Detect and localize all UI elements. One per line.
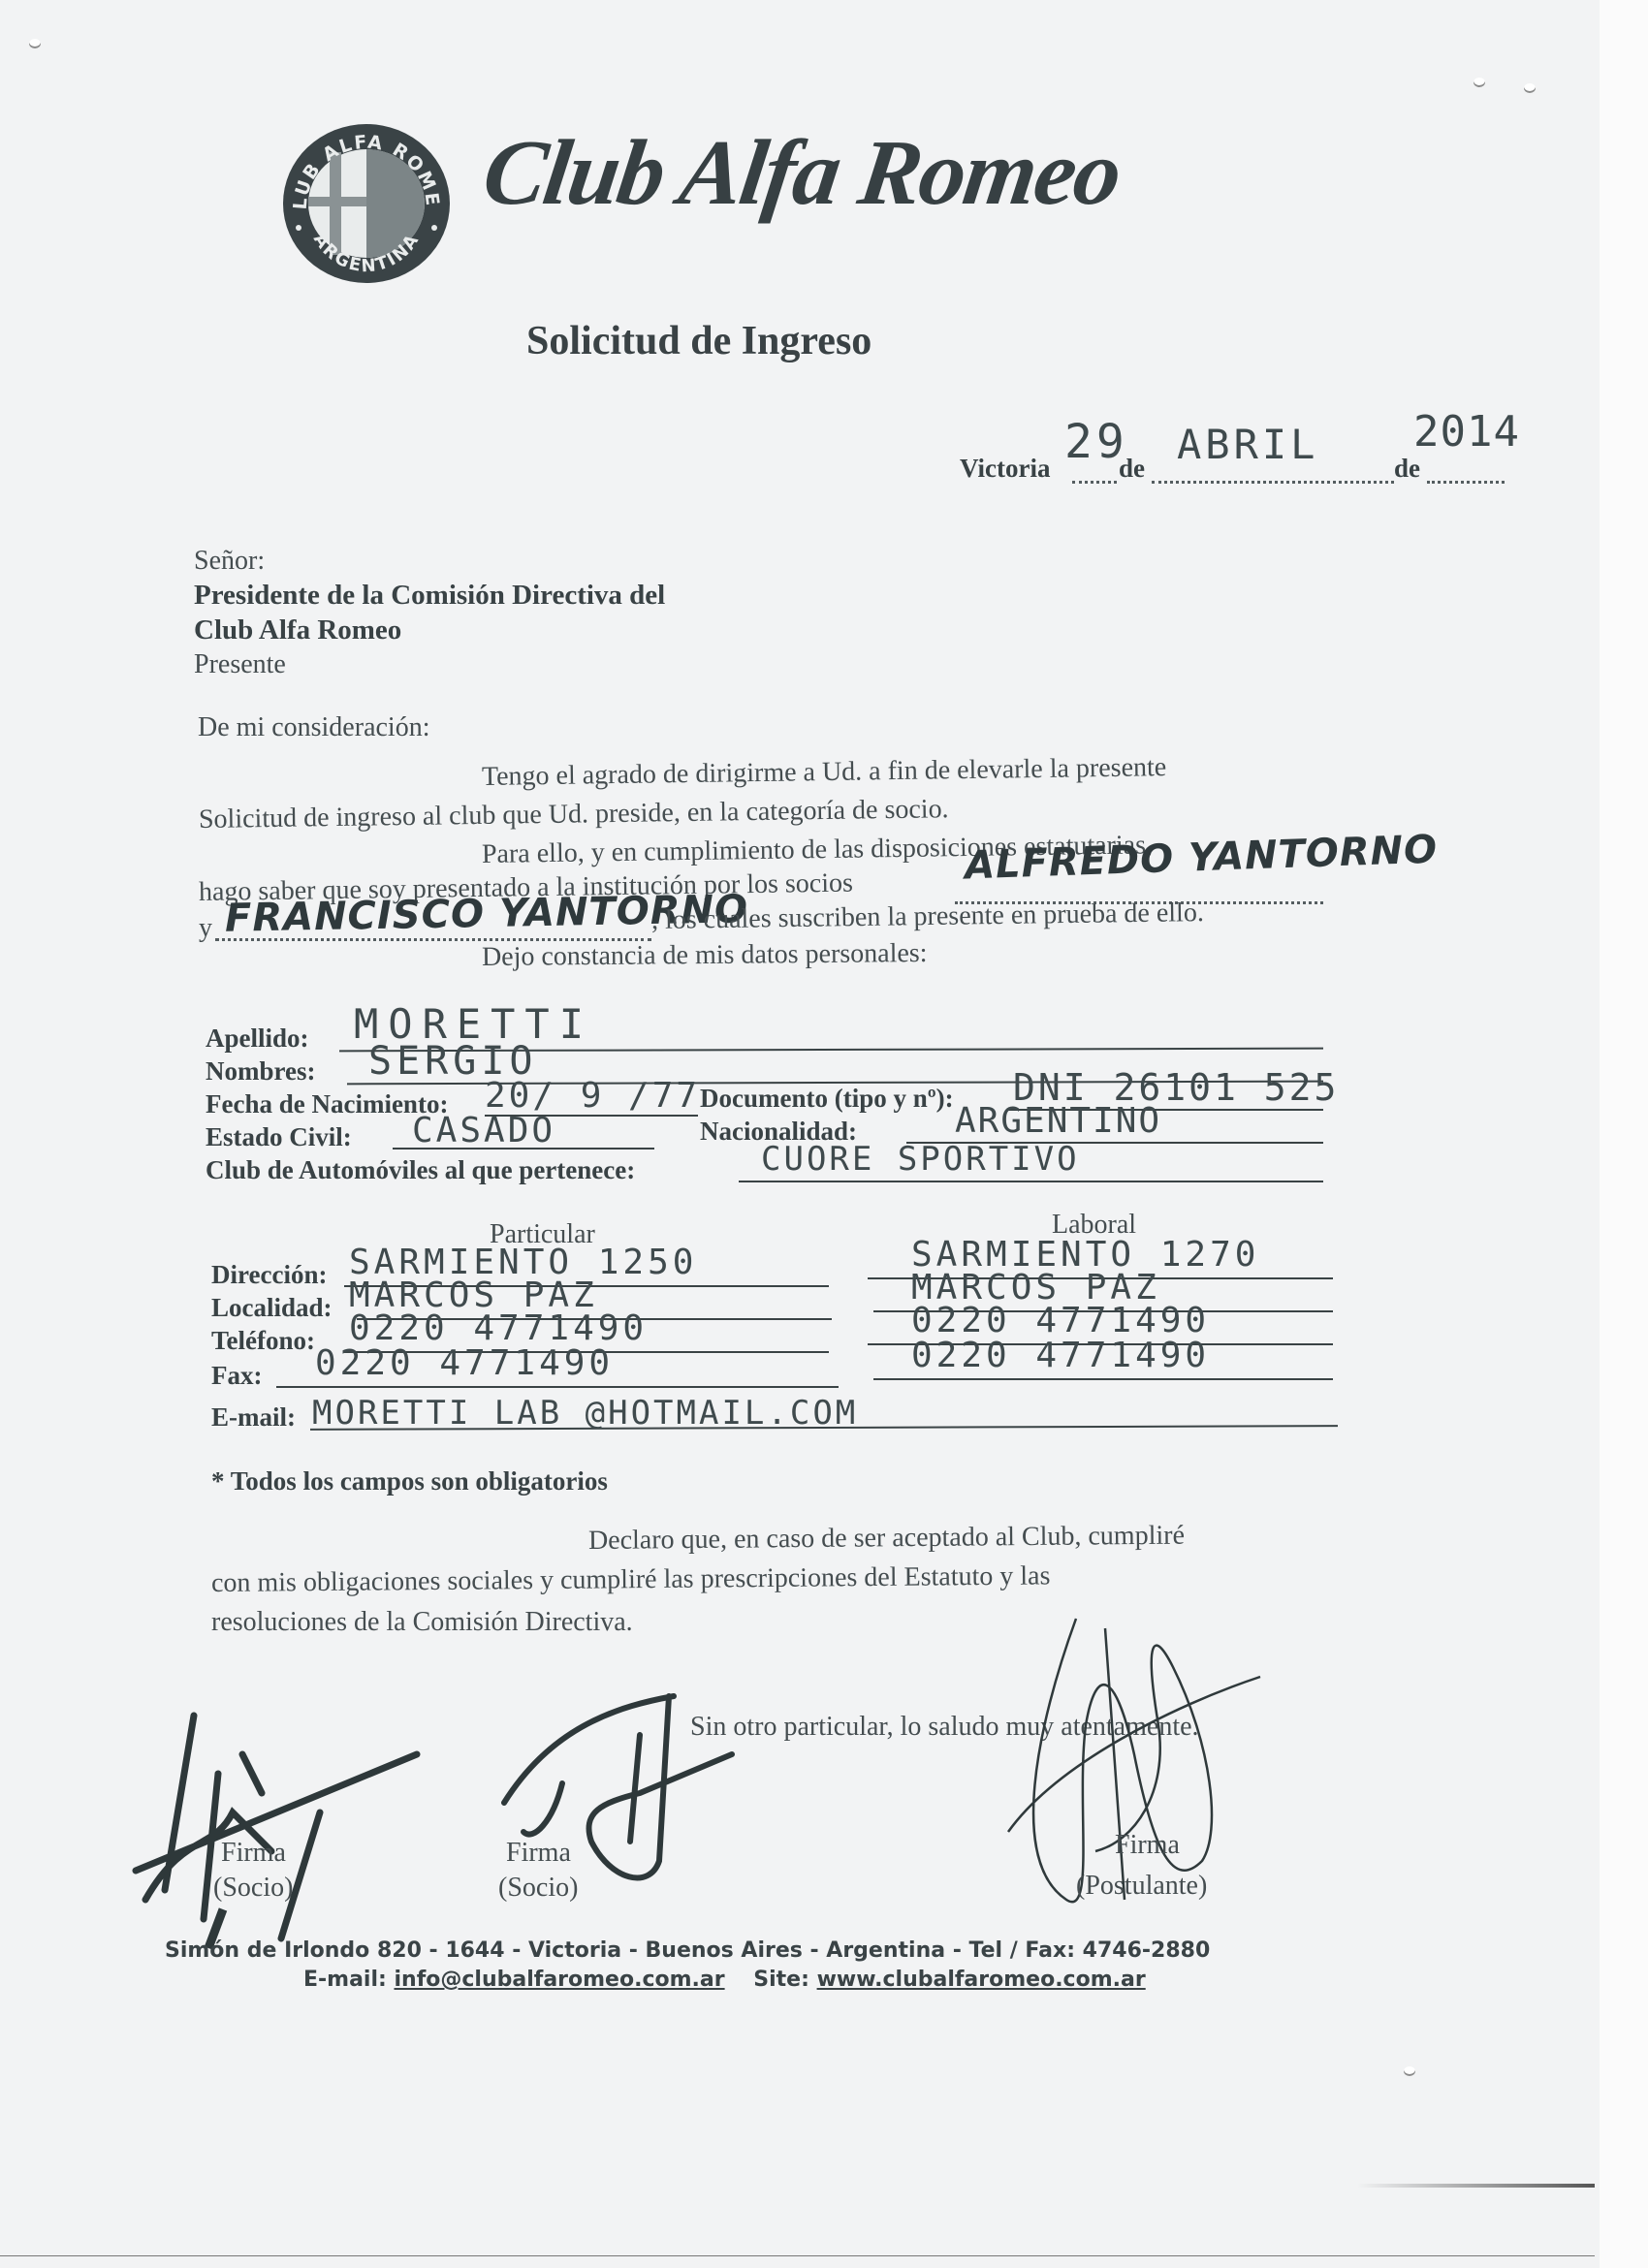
required-note: * Todos los campos son obligatorios	[211, 1466, 608, 1496]
particular-field[interactable]: 0220 4771490	[349, 1308, 648, 1348]
addressee-line-3: Presente	[194, 649, 286, 680]
footer-contact: E-mail: info@clubalfaromeo.com.ar Site: …	[303, 1968, 1146, 1992]
footer-address: Simón de Irlondo 820 - 1644 - Victoria -…	[165, 1938, 1210, 1963]
date-de-2: de	[1394, 454, 1420, 484]
estado-civil-field[interactable]: CASADO	[412, 1111, 555, 1150]
particular-underline	[276, 1386, 839, 1388]
footer-email-label: E-mail:	[303, 1968, 387, 1992]
addressee-line-2: Club Alfa Romeo	[194, 614, 401, 646]
salutation: Señor:	[194, 546, 265, 577]
apellido-label: Apellido:	[206, 1024, 309, 1054]
date-de-1: de	[1119, 454, 1145, 484]
contact-row-label: Dirección:	[211, 1260, 327, 1290]
signature-socio-1[interactable]	[126, 1696, 475, 1953]
scan-artifact-line	[1357, 2184, 1595, 2188]
club-automoviles-field[interactable]: CUORE SPORTIVO	[761, 1140, 1080, 1179]
laboral-field[interactable]: 0220 4771490	[911, 1301, 1210, 1340]
addressee-line-1: Presidente de la Comisión Directiva del	[194, 580, 665, 612]
particular-field[interactable]: 0220 4771490	[315, 1343, 614, 1383]
dateline: Victoria 29 de ABRIL de 2014	[960, 407, 1541, 485]
body-p3: Dejo constancia de mis datos personales:	[482, 938, 928, 973]
club-logo-text: Club Alfa Romeo	[477, 118, 1126, 226]
date-year: 2014	[1413, 407, 1520, 457]
punch-hole	[1524, 83, 1536, 93]
page-title: Solicitud de Ingreso	[526, 318, 872, 364]
punch-hole	[29, 39, 41, 48]
club-emblem: CLUB ALFA ROMEO ARGENTINA	[279, 121, 454, 286]
laboral-underline	[873, 1378, 1333, 1380]
scan-margin	[1600, 0, 1648, 2268]
email-field[interactable]: MORETTI LAB @HOTMAIL.COM	[312, 1394, 858, 1433]
nombres-label: Nombres:	[206, 1056, 315, 1087]
contact-row-label: Localidad:	[211, 1293, 333, 1323]
contact-row-label: Fax:	[211, 1361, 262, 1391]
laboral-field[interactable]: 0220 4771490	[911, 1336, 1210, 1375]
email-label: E-mail:	[211, 1402, 296, 1433]
footer-site-link[interactable]: www.clubalfaromeo.com.ar	[817, 1968, 1146, 1992]
declaration-line-1: Declaro que, en caso de ser aceptado al …	[588, 1521, 1185, 1557]
signature-socio-2-label: Firma	[506, 1838, 571, 1869]
punch-hole	[1474, 78, 1485, 87]
footer-site-label: Site:	[753, 1968, 809, 1992]
date-month: ABRIL	[1177, 421, 1318, 468]
documento-label: Documento (tipo y nº):	[700, 1084, 954, 1114]
signature-postulante-role: (Postulante)	[1076, 1871, 1207, 1902]
signature-socio-1-role: (Socio)	[213, 1873, 293, 1904]
punch-hole	[1404, 2066, 1415, 2076]
page-bottom-edge	[0, 2255, 1595, 2256]
contact-row-label: Teléfono:	[211, 1326, 315, 1356]
dateline-city: Victoria	[960, 454, 1050, 484]
declaration-line-3: resoluciones de la Comisión Directiva.	[211, 1607, 633, 1638]
signature-socio-2-role: (Socio)	[498, 1873, 578, 1904]
signature-postulante-label: Firma	[1115, 1830, 1180, 1861]
footer-email-link[interactable]: info@clubalfaromeo.com.ar	[394, 1968, 724, 1992]
signature-socio-1-label: Firma	[221, 1838, 286, 1869]
nacionalidad-field[interactable]: ARGENTINO	[955, 1101, 1161, 1141]
signature-socio-2[interactable]	[494, 1667, 746, 1905]
greeting: De mi consideración:	[198, 712, 429, 743]
fecha-nacimiento-field[interactable]: 20/ 9 /77	[485, 1076, 700, 1116]
club-automoviles-label: Club de Automóviles al que pertenece:	[206, 1155, 635, 1185]
estado-civil-label: Estado Civil:	[206, 1122, 352, 1152]
body-p2-line3-prefix: y	[199, 913, 212, 944]
